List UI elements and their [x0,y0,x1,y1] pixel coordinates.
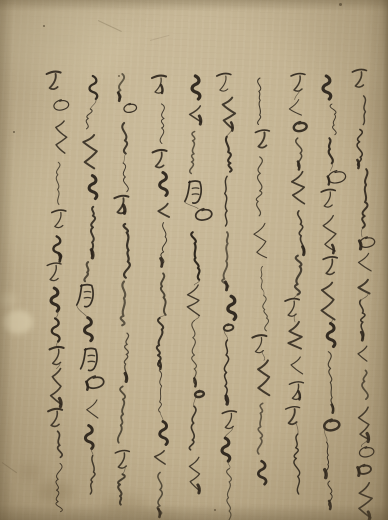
brush-stroke [194,316,199,321]
brush-stroke [254,223,267,257]
brush-stroke [86,382,88,390]
brush-stroke [87,400,98,418]
calligraphy-column [47,72,69,512]
brush-stroke [88,361,95,362]
brush-stroke [361,332,363,340]
brush-stroke [363,96,365,125]
brush-stroke [298,162,300,170]
brush-stroke [324,420,339,431]
brush-stroke [258,360,269,395]
brush-stroke [355,72,363,87]
brush-stroke [324,192,332,207]
brush-stroke [185,181,190,201]
brush-stroke [289,382,303,384]
brush-stroke [91,250,93,258]
calligraphy-column [185,76,212,493]
brush-stroke [85,426,93,449]
brush-stroke [329,138,333,163]
brush-stroke [89,176,97,199]
brush-stroke [159,371,162,413]
brush-stroke [255,130,269,132]
brush-stroke [158,204,169,217]
brush-stroke [84,292,91,293]
brush-stroke [90,99,96,109]
brush-stroke [217,74,231,76]
brush-stroke [330,104,336,135]
brush-stroke [359,447,373,457]
brush-stroke [161,85,163,93]
brush-stroke [368,512,370,520]
brush-stroke [359,253,372,271]
brush-stroke [286,407,300,409]
brush-stroke [114,196,128,198]
brush-stroke [263,296,269,331]
brush-stroke [194,378,196,386]
calligraphy-column [285,74,307,494]
brush-stroke [294,434,300,494]
brush-stroke [192,76,200,99]
brush-stroke [258,78,261,125]
brush-stroke [362,370,368,399]
brush-stroke [88,355,95,356]
brush-stroke [358,346,367,361]
calligraphy-column [152,76,169,517]
brush-stroke [55,213,63,228]
brush-stroke [52,210,66,212]
brush-stroke [258,461,266,484]
brush-stroke [328,177,330,185]
brush-stroke [321,190,335,192]
brush-stroke [153,150,167,152]
calligraphy-column [352,70,374,520]
brush-stroke [199,116,201,124]
brush-stroke [358,280,369,294]
brush-stroke [224,331,228,340]
calligraphy-ink [0,0,388,520]
brush-stroke [86,109,92,129]
brush-stroke [224,324,233,331]
brush-stroke [226,137,232,172]
brush-stroke [191,232,199,280]
brush-stroke [227,469,232,520]
calligraphy-column [321,76,345,509]
brush-stroke [161,273,166,315]
brush-stroke [189,406,196,450]
brush-stroke [123,154,126,163]
brush-stroke [118,93,120,101]
brush-stroke [326,259,334,274]
brush-stroke [83,135,97,168]
calligraphy-column [217,74,237,520]
brush-stroke [51,288,59,311]
calligraphy-column [252,78,269,484]
brush-stroke [85,348,97,370]
brush-stroke [196,209,212,220]
brush-stroke [50,266,58,281]
brush-stroke [222,438,230,461]
brush-stroke [225,176,227,226]
brush-stroke [292,172,305,204]
brush-stroke [84,262,88,281]
brush-stroke [325,470,327,478]
brush-stroke [329,501,331,509]
brush-stroke [226,282,228,290]
brush-stroke [158,509,160,517]
brush-stroke [47,72,61,74]
brush-stroke [58,431,63,457]
brush-stroke [328,352,333,411]
brush-stroke [118,386,125,442]
brush-stroke [288,322,301,349]
brush-stroke [60,399,62,407]
calligraphy-column [114,74,136,505]
brush-stroke [361,293,368,300]
brush-stroke [124,104,137,113]
brush-stroke [361,228,362,237]
brush-stroke [152,76,166,78]
brush-stroke [192,188,199,189]
brush-stroke [48,409,62,411]
brush-stroke [362,169,367,228]
brush-stroke [54,100,69,110]
brush-stroke [222,411,236,413]
brush-stroke [81,349,86,369]
brush-stroke [157,318,163,367]
brush-stroke [256,157,262,216]
brush-stroke [291,357,303,374]
brush-stroke [56,162,60,204]
brush-stroke [52,319,60,342]
brush-stroke [332,245,334,253]
brush-stroke [321,283,334,320]
brush-stroke [160,173,168,196]
brush-stroke [294,122,307,131]
brush-stroke [258,133,266,148]
manuscript-page-photo [0,0,388,520]
brush-stroke [56,121,67,153]
brush-stroke [323,257,337,259]
brush-stroke [118,474,125,504]
brush-stroke [226,396,228,404]
brush-stroke [332,405,334,413]
brush-stroke [124,224,130,278]
brush-stroke [195,391,204,397]
calligraphy-column [77,76,104,494]
brush-stroke [90,76,98,99]
brush-stroke [198,485,200,493]
brush-stroke [123,205,125,213]
brush-stroke [161,258,163,266]
brush-stroke [222,232,228,288]
brush-stroke [47,263,61,265]
brush-stroke [125,373,127,381]
brush-stroke [90,456,95,494]
brush-stroke [77,285,82,305]
brush-stroke [224,340,228,402]
brush-stroke [291,74,305,76]
brush-stroke [252,335,266,337]
brush-stroke [115,451,129,453]
brush-stroke [331,163,333,170]
brush-stroke [81,285,93,307]
brush-stroke [289,100,301,116]
brush-stroke [257,403,262,454]
brush-stroke [59,253,61,261]
brush-stroke [328,171,346,183]
brush-stroke [228,296,236,319]
brush-stroke [122,123,127,154]
brush-stroke [56,463,62,511]
brush-stroke [303,247,305,255]
brush-stroke [192,321,197,385]
brush-stroke [261,266,263,289]
brush-stroke [358,468,360,476]
brush-stroke [295,256,301,295]
brush-stroke [285,299,299,301]
brush-stroke [323,76,331,99]
brush-stroke [190,132,195,174]
brush-stroke [296,422,299,434]
brush-stroke [327,324,335,347]
brush-stroke [192,194,199,195]
brush-stroke [85,318,93,341]
brush-stroke [159,361,161,369]
brush-stroke [84,298,91,299]
brush-stroke [187,285,199,316]
brush-stroke [50,347,64,349]
brush-stroke [194,397,196,407]
brush-stroke [156,152,164,167]
brush-stroke [262,351,265,361]
brush-stroke [160,422,168,445]
brush-stroke [87,376,104,388]
brush-stroke [360,241,362,249]
brush-stroke [51,411,59,426]
brush-stroke [123,163,128,192]
brush-stroke [155,451,166,464]
brush-stroke [361,440,368,447]
brush-stroke [220,76,228,91]
brush-stroke [50,74,58,89]
brush-stroke [357,160,359,168]
brush-stroke [121,282,126,326]
brush-stroke [325,430,328,442]
brush-stroke [352,70,366,72]
brush-stroke [189,181,201,203]
brush-stroke [263,290,265,296]
brush-stroke [160,104,164,144]
brush-stroke [294,314,295,322]
brush-stroke [298,391,300,399]
